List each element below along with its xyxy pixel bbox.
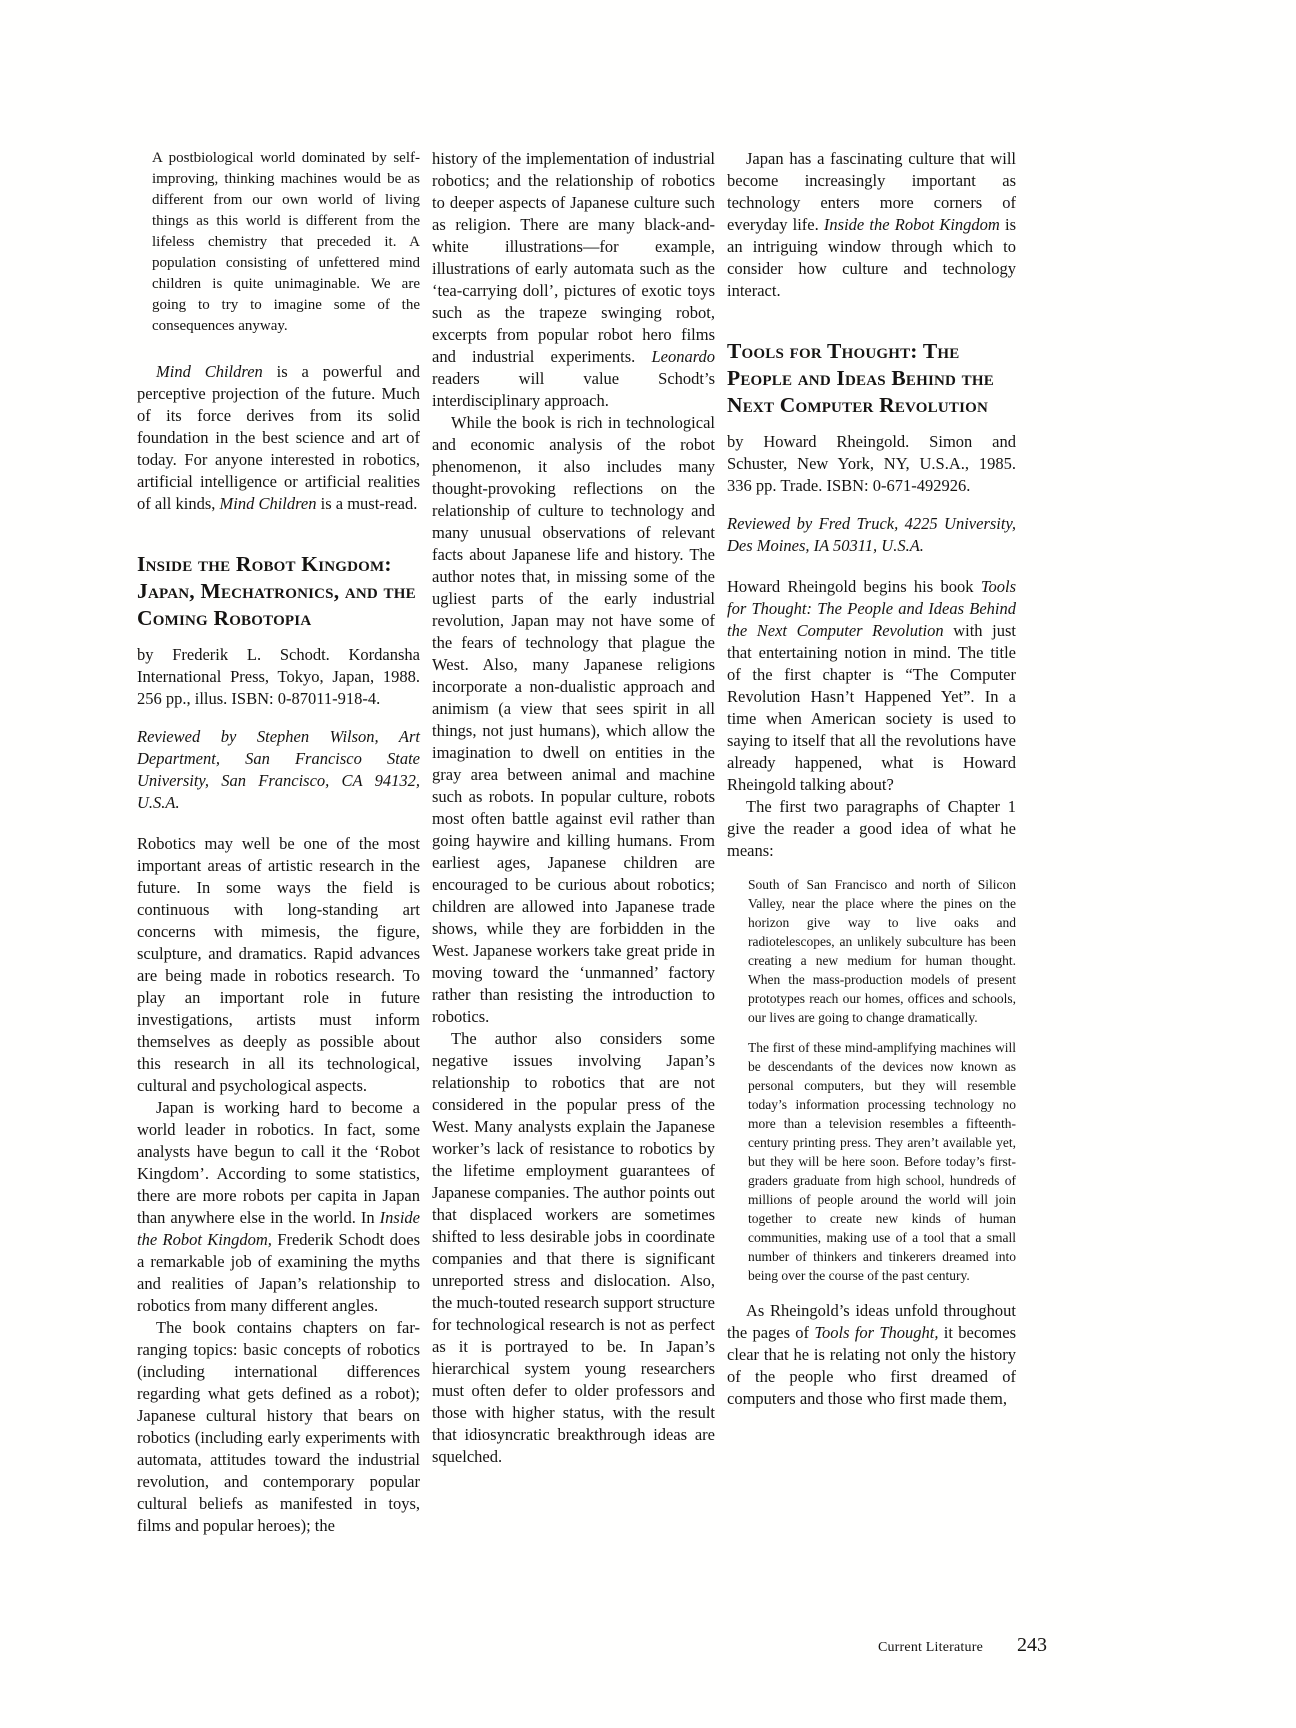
publication-info-tools-for-thought: by Howard Rheingold. Simon and Schuster,… (727, 431, 1016, 497)
reviewer-credit-fred-truck: Reviewed by Fred Truck, 4225 University,… (727, 513, 1016, 557)
blockquote-mind-amplifying-machines: The first of these mind-amplifying machi… (727, 1038, 1016, 1285)
review-title-inside-the-robot-kingdom: Inside the Robot Kingdom: Japan, Mechatr… (137, 551, 420, 632)
paragraph-negative-issues: The author also considers some negative … (432, 1028, 715, 1468)
paragraph-fascinating-culture: Japan has a fascinating culture that wil… (727, 148, 1016, 302)
blockquote-south-of-san-francisco: South of San Francisco and north of Sili… (727, 875, 1016, 1027)
column-3: Japan has a fascinating culture that wil… (727, 148, 1016, 1410)
footer-page-number: 243 (1017, 1634, 1047, 1657)
paragraph-rheingold-begins: Howard Rheingold begins his book Tools f… (727, 576, 1016, 796)
paragraph-mind-children-closing: Mind Children is a powerful and percepti… (137, 361, 420, 515)
paragraph-book-chapters: The book contains chapters on far-rangin… (137, 1317, 420, 1537)
paragraph-industrial-robotics-history: history of the implementation of industr… (432, 148, 715, 412)
journal-page: A postbiological world dominated by self… (0, 0, 1296, 1728)
paragraph-japan-robot-kingdom: Japan is working hard to become a world … (137, 1097, 420, 1317)
reviewer-credit-stephen-wilson: Reviewed by Stephen Wilson, Art Departme… (137, 726, 420, 814)
blockquote-postbiological-world: A postbiological world dominated by self… (137, 148, 420, 337)
review-title-tools-for-thought: Tools for Thought: The People and Ideas … (727, 338, 1016, 419)
column-1: A postbiological world dominated by self… (137, 148, 420, 1537)
paragraph-robotics-artistic-research: Robotics may well be one of the most imp… (137, 833, 420, 1097)
paragraph-rheingold-ideas-unfold: As Rheingold’s ideas unfold throughout t… (727, 1300, 1016, 1410)
page-footer: Current Literature 243 (727, 1634, 1047, 1657)
column-2: history of the implementation of industr… (432, 148, 715, 1468)
footer-section-label: Current Literature (878, 1640, 983, 1656)
paragraph-thought-provoking-reflections: While the book is rich in technological … (432, 412, 715, 1028)
publication-info-robot-kingdom: by Frederik L. Schodt. Kordansha Interna… (137, 644, 420, 710)
paragraph-first-two-paragraphs: The first two paragraphs of Chapter 1 gi… (727, 796, 1016, 862)
